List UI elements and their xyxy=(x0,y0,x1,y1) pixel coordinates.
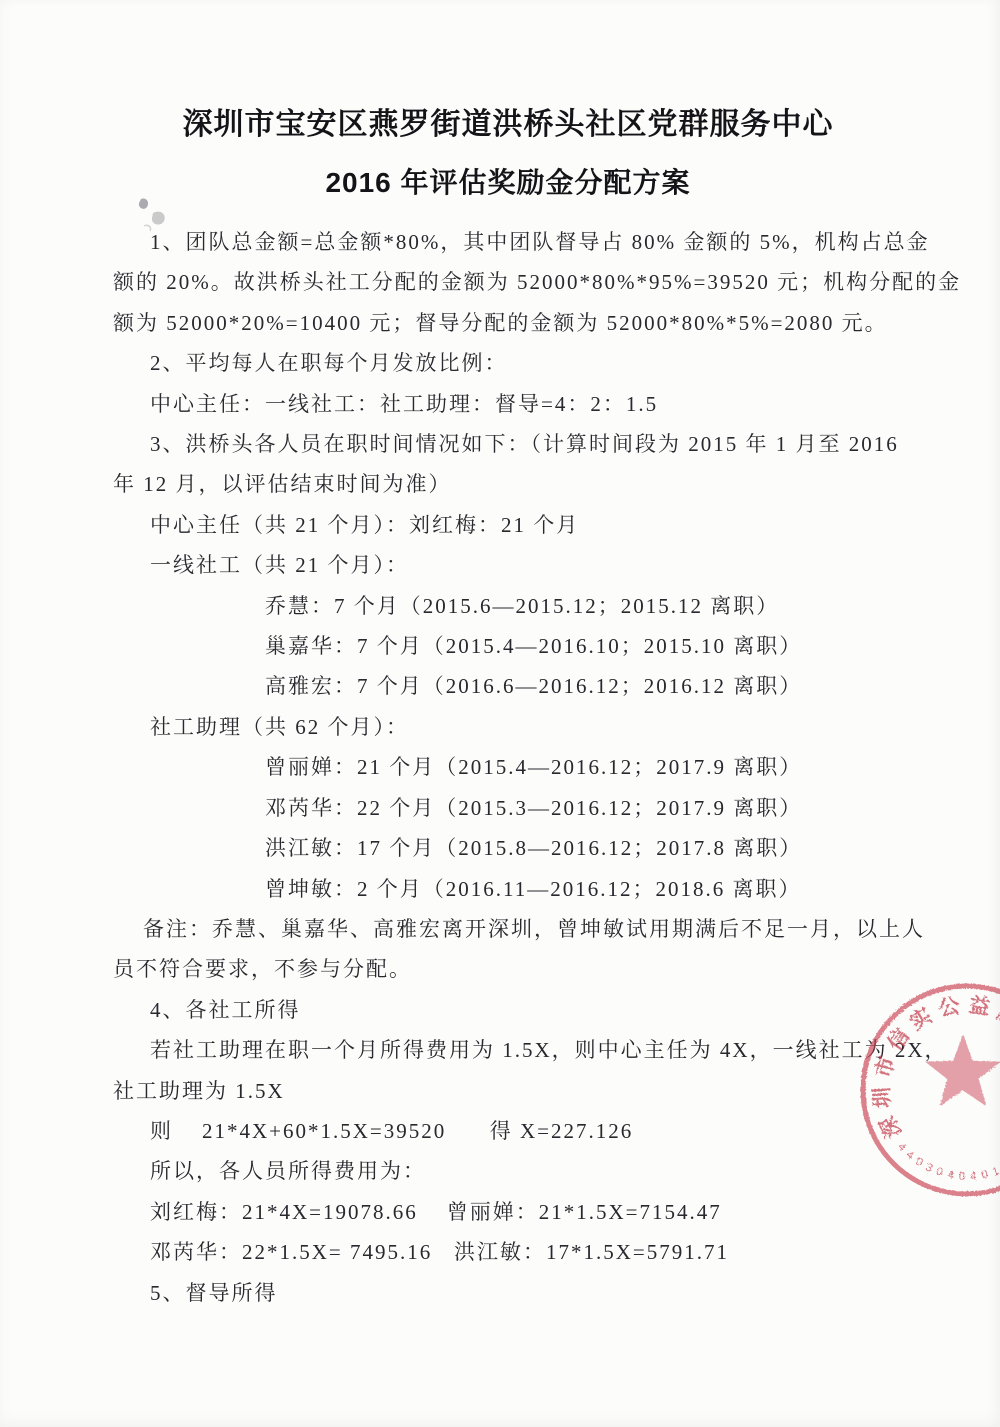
body-line: 邓芮华：22*1.5X= 7495.16 洪江敏：17*1.5X=5791.71 xyxy=(113,1232,903,1272)
body-line: 乔慧：7 个月（2015.6—2015.12；2015.12 离职） xyxy=(113,586,903,626)
body-line: 中心主任：一线社工：社工助理：督导=4：2：1.5 xyxy=(113,384,903,424)
body-line: 所以，各人员所得费用为： xyxy=(113,1151,903,1191)
body-line: 若社工助理在职一个月所得费用为 1.5X，则中心主任为 4X，一线社工为 2X， xyxy=(113,1030,903,1070)
body-line: 高雅宏：7 个月（2016.6—2016.12；2016.12 离职） xyxy=(113,666,903,706)
body-line: 年 12 月，以评估结束时间为准） xyxy=(113,464,903,504)
body-line: 曾丽婵：21 个月（2015.4—2016.12；2017.9 离职） xyxy=(113,747,903,787)
body-line: 社工助理（共 62 个月）： xyxy=(113,707,903,747)
document-content: 深圳市宝安区燕罗街道洪桥头社区党群服务中心 2016 年评估奖励金分配方案 1、… xyxy=(113,102,903,1313)
body-line: 曾坤敏：2 个月（2016.11—2016.12；2018.6 离职） xyxy=(113,869,903,909)
body-line: 洪江敏：17 个月（2015.8—2016.12；2017.8 离职） xyxy=(113,828,903,868)
body-line: 社工助理为 1.5X xyxy=(113,1071,903,1111)
body-line: 刘红梅：21*4X=19078.66 曾丽婵：21*1.5X=7154.47 xyxy=(113,1192,903,1232)
body-line: 3、洪桥头各人员在职时间情况如下：（计算时间段为 2015 年 1 月至 201… xyxy=(113,424,903,464)
body-line: 邓芮华：22 个月（2015.3—2016.12；2017.9 离职） xyxy=(113,788,903,828)
body-line: 1、团队总金额=总金额*80%，其中团队督导占 80% 金额的 5%，机构占总金 xyxy=(113,222,903,262)
body-line: 额为 52000*20%=10400 元；督导分配的金额为 52000*80%*… xyxy=(113,303,903,343)
seal-serial-number: 44030404012 xyxy=(895,1141,1000,1183)
body-line: 员不符合要求，不参与分配。 xyxy=(113,949,903,989)
body-line: 巢嘉华：7 个月（2015.4—2016.10；2015.10 离职） xyxy=(113,626,903,666)
body-line: 4、各社工所得 xyxy=(113,990,903,1030)
body-line: 一线社工（共 21 个月）： xyxy=(113,545,903,585)
body-line: 则 21*4X+60*1.5X=39520 得 X=227.126 xyxy=(113,1111,903,1151)
body-line: 2、平均每人在职每个月发放比例： xyxy=(113,343,903,383)
body-line: 5、督导所得 xyxy=(113,1273,903,1313)
body-line: 备注：乔慧、巢嘉华、高雅宏离开深圳，曾坤敏试用期满后不足一月，以上人 xyxy=(113,909,903,949)
body-line: 中心主任（共 21 个月）：刘红梅：21 个月 xyxy=(113,505,903,545)
body-line: 额的 20%。故洪桥头社工分配的金额为 52000*80%*95%=39520 … xyxy=(113,262,903,302)
scanned-document-page: 深圳市宝安区燕罗街道洪桥头社区党群服务中心 2016 年评估奖励金分配方案 1、… xyxy=(0,0,1000,1427)
document-body: 1、团队总金额=总金额*80%，其中团队督导占 80% 金额的 5%，机构占总金… xyxy=(113,222,903,1313)
document-subtitle: 2016 年评估奖励金分配方案 xyxy=(113,162,903,204)
document-title: 深圳市宝安区燕罗街道洪桥头社区党群服务中心 xyxy=(113,102,903,148)
